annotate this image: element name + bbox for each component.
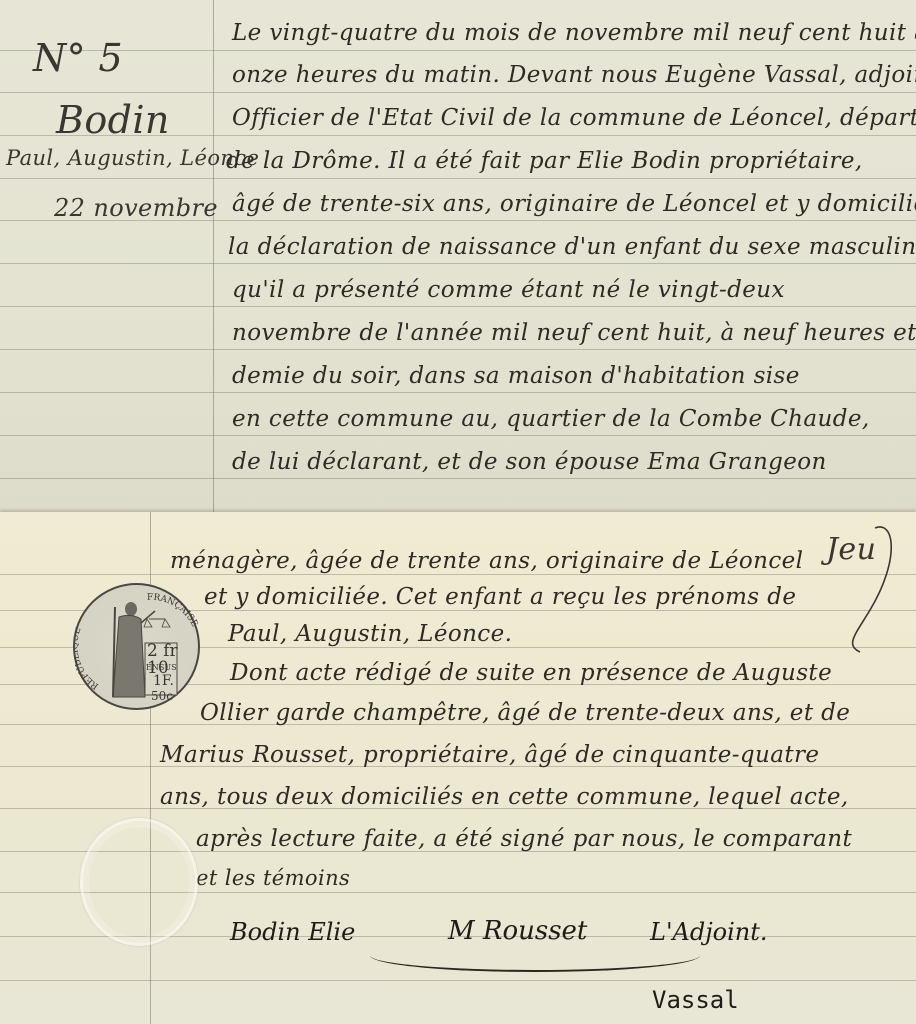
ruled-line — [0, 263, 916, 264]
stamp-label: ENSUS — [146, 663, 177, 672]
margin-given-names: Paul, Augustin, Léonce — [6, 146, 259, 170]
ruled-line — [0, 92, 916, 93]
text-line: Ollier garde champêtre, âgé de trente-de… — [200, 700, 850, 726]
text-line: onze heures du matin. Devant nous Eugène… — [232, 62, 916, 88]
ruled-line — [0, 980, 916, 981]
text-line: de la Drôme. Il a été fait par Elie Bodi… — [226, 148, 863, 174]
text-line: Dont acte rédigé de suite en présence de… — [230, 660, 832, 686]
svg-text:REPUBLIQUE: REPUBLIQUE — [75, 626, 101, 691]
ruled-line — [0, 478, 916, 479]
tax-stamp: REPUBLIQUE FRANÇAISE 2 fr 10 ENSUS 1F. 5… — [73, 583, 200, 710]
ruled-line — [0, 50, 916, 51]
margin-surname: Bodin — [56, 98, 170, 142]
signature-declarant: Bodin Elie — [230, 918, 355, 946]
text-line: ans, tous deux domiciliés en cette commu… — [160, 784, 849, 810]
ruled-line — [0, 306, 916, 307]
margin-bracket-stroke — [800, 520, 916, 660]
ruled-line — [0, 435, 916, 436]
signature-witness: M Rousset — [448, 916, 587, 946]
text-line: âgé de trente-six ans, originaire de Léo… — [232, 191, 916, 217]
text-line: Paul, Augustin, Léonce. — [228, 621, 512, 647]
text-line: et y domiciliée. Cet enfant a reçu les p… — [204, 584, 796, 610]
text-line: de lui déclarant, et de son épouse Ema G… — [232, 449, 827, 475]
ruled-line — [0, 392, 916, 393]
text-line: après lecture faite, a été signé par nou… — [196, 826, 852, 852]
text-line: ménagère, âgée de trente ans, originaire… — [170, 548, 803, 574]
text-line: en cette commune au, quartier de la Comb… — [232, 406, 870, 432]
text-line: Le vingt-quatre du mois de novembre mil … — [232, 20, 916, 46]
ruled-line — [0, 349, 916, 350]
text-line: Marius Rousset, propriétaire, âgé de cin… — [160, 742, 819, 768]
stamp-legend-left: REPUBLIQUE — [75, 626, 101, 691]
register-page-top: N° 5 Bodin Paul, Augustin, Léonce 22 nov… — [0, 0, 916, 512]
embossed-seal — [80, 818, 198, 946]
signature-adjoint-title: L'Adjoint. — [650, 918, 768, 946]
ruled-line — [0, 178, 916, 179]
act-number: N° 5 — [33, 36, 123, 80]
stamp-value-cents: 50c — [151, 689, 173, 703]
text-line: la déclaration de naissance d'un enfant … — [228, 234, 916, 260]
text-line: et les témoins — [196, 866, 350, 890]
text-line: qu'il a présenté comme étant né le vingt… — [232, 277, 785, 303]
ruled-line — [0, 574, 916, 575]
text-line: demie du soir, dans sa maison d'habitati… — [232, 363, 800, 389]
margin-birth-date: 22 novembre — [54, 194, 218, 222]
text-line: novembre de l'année mil neuf cent huit, … — [232, 320, 916, 346]
text-line: Officier de l'Etat Civil de la commune d… — [232, 105, 916, 131]
stamp-value-main: 1F. — [153, 673, 174, 689]
signature-adjoint-name: Vassal — [652, 986, 739, 1014]
